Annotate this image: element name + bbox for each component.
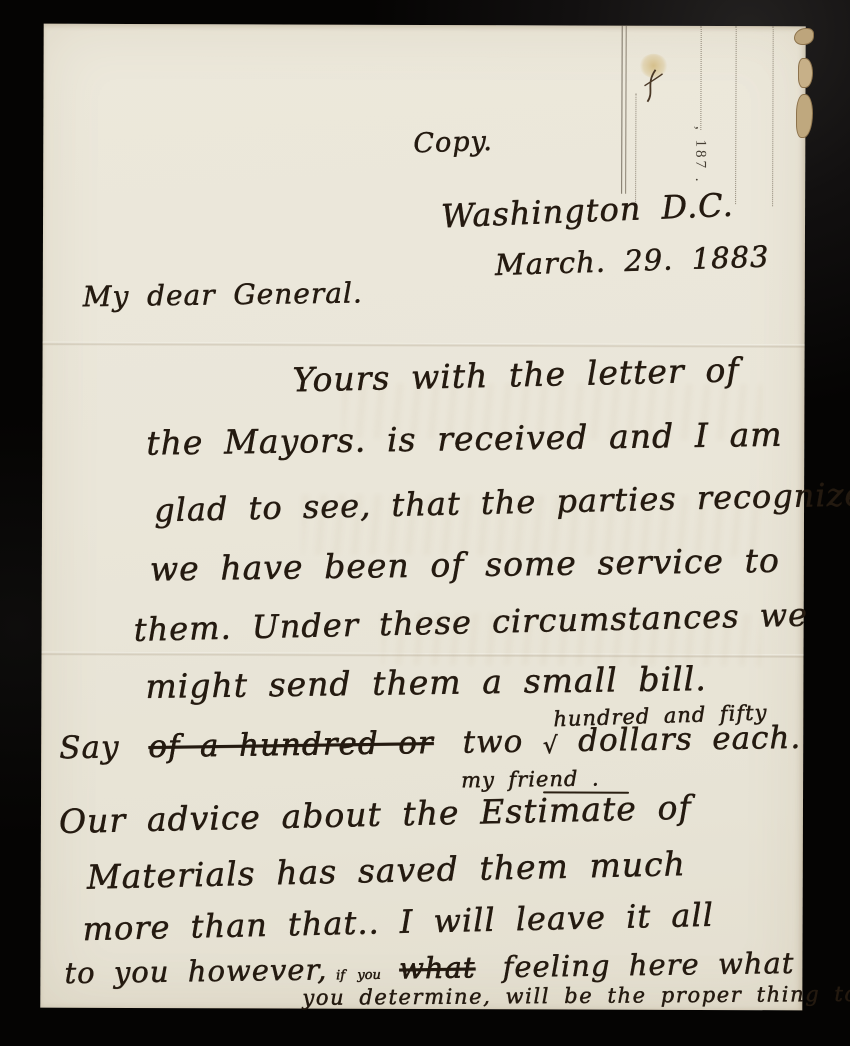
body-text: Say (59, 729, 120, 766)
place-line: Washington D.C. (440, 186, 734, 236)
ink-squiggle (641, 62, 667, 106)
body-line: we have been of some service to (150, 541, 780, 589)
body-text: to you however, (64, 952, 327, 990)
letter-paper: , 187 . Copy. Washington D.C. March. 29.… (40, 24, 805, 1011)
copy-annotation: Copy. (413, 126, 493, 159)
body-line: the Mayors. is received and I am (146, 415, 783, 463)
interline-closing-line: you determine, will be the proper thing … (302, 982, 850, 1010)
insertion-caret: √ (543, 732, 559, 759)
salutation: My dear General. (83, 276, 363, 313)
interline-insertion-below: my friend . (461, 766, 600, 792)
struck-text: what (399, 950, 476, 985)
letterhead-dotted-rule (772, 26, 774, 206)
torn-edge-chip (798, 58, 813, 88)
body-line-with-strikethrough: Say of a hundred or two √ dollars each. (59, 720, 801, 766)
photo-background: , 187 . Copy. Washington D.C. March. 29.… (0, 0, 850, 1046)
torn-edge-chip (796, 94, 813, 138)
struck-text: of a hundred or (148, 725, 434, 765)
body-text: dollars each. (578, 720, 802, 759)
body-text: feeling here what (502, 946, 794, 984)
letterhead-dotted-rule (735, 26, 737, 204)
date-line: March. 29. 1883 (494, 239, 770, 282)
body-text: two (462, 724, 523, 761)
letterhead-double-rule (621, 26, 627, 194)
body-line: more than that.. I will leave it all (82, 896, 714, 948)
body-line: Our advice about the Estimate of (59, 788, 692, 841)
fold-crease (43, 342, 805, 349)
tiny-interline-insertion: if you (336, 968, 381, 984)
letterhead-dotted-rule (700, 26, 701, 130)
torn-edge-chip (794, 28, 814, 45)
body-line: Materials has saved them much (86, 844, 686, 897)
body-line: might send them a small bill. (145, 659, 707, 706)
letterhead-printed-year: , 187 . (691, 126, 708, 185)
